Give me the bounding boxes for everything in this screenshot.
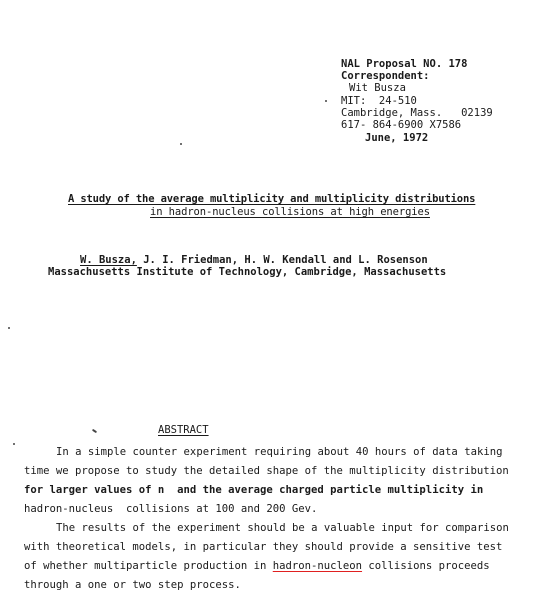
scan-speck <box>92 429 97 434</box>
abstract-line: of whether multiparticle production in h… <box>24 557 490 576</box>
abstract-line: for larger values of n and the average c… <box>24 481 483 500</box>
city-address: Cambridge, Mass. 02139 <box>341 107 493 120</box>
abstract-line: The results of the experiment should be … <box>56 519 509 538</box>
spellcheck-flagged-word: hadron-nucleon <box>273 560 362 572</box>
lead-author: W. Busza, <box>80 254 137 266</box>
scan-speck <box>13 443 15 445</box>
abstract-line: hadron-nucleus collisions at 100 and 200… <box>24 500 317 519</box>
scan-speck <box>180 143 182 145</box>
abstract-heading: ABSTRACT <box>158 424 209 437</box>
title-line-1: A study of the average multiplicity and … <box>68 193 475 206</box>
abstract-line: In a simple counter experiment requiring… <box>56 443 502 462</box>
abstract-line-text: of whether multiparticle production in <box>24 560 273 572</box>
affiliation: Massachusetts Institute of Technology, C… <box>48 266 446 279</box>
proposal-date: June, 1972 <box>365 132 428 145</box>
office-address: MIT: 24-510 <box>341 95 417 108</box>
scan-speck <box>325 100 327 102</box>
correspondent-name: Wit Busza <box>349 82 406 95</box>
abstract-line: through a one or two step process. <box>24 576 241 595</box>
abstract-line: with theoretical models, in particular t… <box>24 538 502 557</box>
abstract-line-text: collisions proceeds <box>362 560 490 572</box>
abstract-line: time we propose to study the detailed sh… <box>24 462 509 481</box>
proposal-number: NAL Proposal NO. 178 <box>341 58 467 71</box>
co-authors: J. I. Friedman, H. W. Kendall and L. Ros… <box>137 254 428 266</box>
phone-number: 617- 864-6900 X7586 <box>341 119 461 132</box>
correspondent-label: Correspondent: <box>341 70 430 83</box>
scan-speck <box>8 327 10 329</box>
title-line-2: in hadron-nucleus collisions at high ene… <box>150 206 430 219</box>
